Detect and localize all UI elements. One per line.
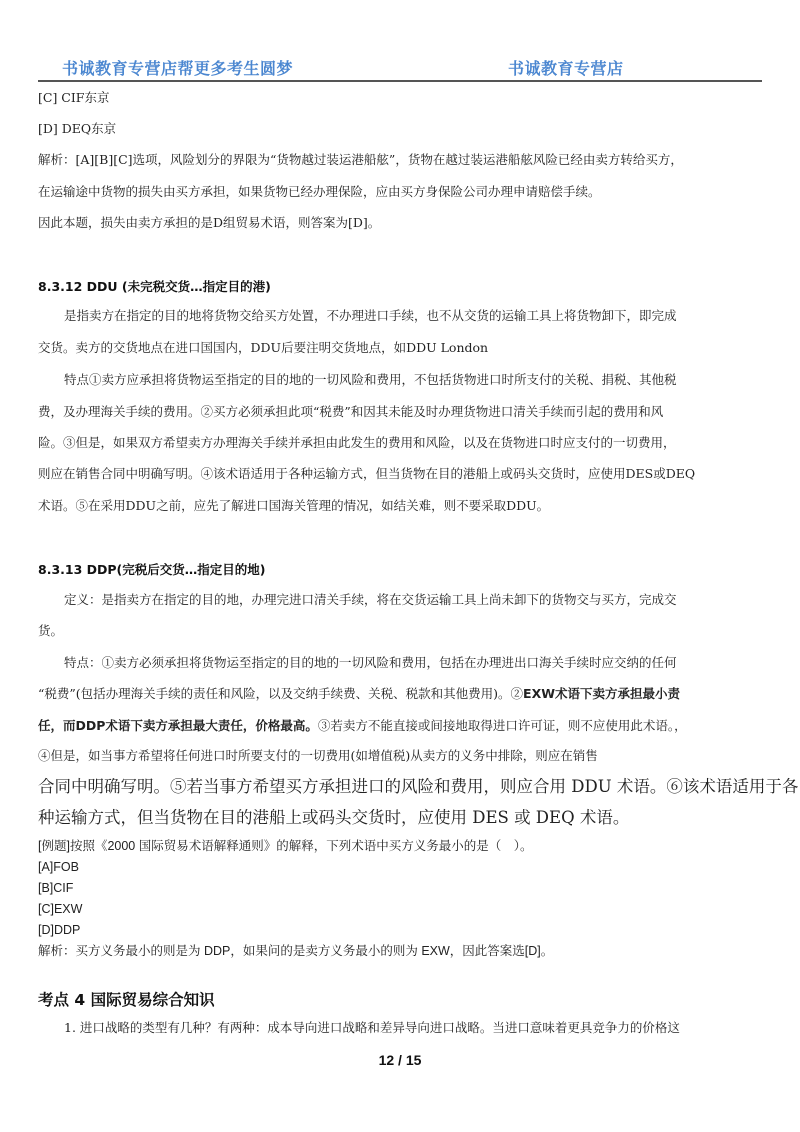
- paragraph-line: 交货。卖方的交货地点在进口国国内，DDU后要注明交货地点，如DDU London: [38, 340, 488, 356]
- paragraph-line: 险。③但是，如果双方希望卖方办理海关手续并承担由此发生的费用和风险，以及在货物进…: [38, 435, 676, 451]
- analysis-line: 在运输途中货物的损失由买方承担，如果货物已经办理保险，应由买方身保险公司办理申请…: [38, 184, 601, 200]
- page-header: 书诚教育专营店帮更多考生圆梦 书诚教育专营店: [38, 56, 762, 82]
- example-question: [例题]按照《2000 国际贸易术语解释通则》的解释，下列术语中买方义务最小的是…: [38, 838, 532, 854]
- option-c: [C] CIF东京: [38, 90, 109, 106]
- paragraph-line: 术语。⑤在采用DDU之前，应先了解进口国海关管理的情况，如结关难，则不要采取DD…: [38, 498, 549, 514]
- paragraph-text: ③若卖方不能直接或间接地取得进口许可证，则不应使用此术语。，: [318, 718, 687, 733]
- analysis-line: 解析：[A][B][C]选项，风险划分的界限为“货物越过装运港船舷”，货物在越过…: [38, 152, 683, 168]
- emphasis-text: 任，而DDP术语下卖方承担最大责任，价格最高。: [38, 718, 318, 733]
- paragraph-line: 合同中明确写明。⑤若当事方希望买方承担进口的风险和费用，则应合用 DDU 术语。…: [38, 777, 798, 797]
- example-option-c: [C]EXW: [38, 901, 82, 917]
- example-option-a: [A]FOB: [38, 859, 79, 875]
- paragraph-line: 货。: [38, 623, 63, 639]
- paragraph-line: 1. 进口战略的类型有几种？有两种：成本导向进口战略和差异导向进口战略。当进口意…: [64, 1020, 680, 1036]
- example-analysis: 解析：买方义务最小的则是为 DDP，如果问的是卖方义务最小的则为 EXW，因此答…: [38, 943, 553, 959]
- section-title-ddp: 8.3.13 DDP(完税后交货…指定目的地): [38, 560, 265, 578]
- page-number: 12 / 15: [0, 1052, 800, 1068]
- analysis-line: 因此本题，损失由卖方承担的是D组贸易术语，则答案为[D]。: [38, 215, 380, 231]
- paragraph-line: 特点：①卖方必须承担将货物运至指定的目的地的一切风险和费用，包括在办理进出口海关…: [64, 655, 677, 671]
- emphasis-text: EXW术语下卖方承担最小责: [523, 686, 680, 701]
- paragraph-line: 则应在销售合同中明确写明。④该术语适用于各种运输方式，但当货物在目的港船上或码头…: [38, 466, 695, 482]
- paragraph-line: 任，而DDP术语下卖方承担最大责任，价格最高。③若卖方不能直接或间接地取得进口许…: [38, 718, 687, 734]
- paragraph-line: 费，及办理海关手续的费用。②买方必须承担此项“税费”和因其未能及时办理货物进口清…: [38, 404, 663, 420]
- example-option-d: [D]DDP: [38, 922, 80, 938]
- paragraph-line: 种运输方式，但当货物在目的港船上或码头交货时，应使用 DES 或 DEQ 术语。: [38, 808, 629, 828]
- paragraph-line: “税费”(包括办理海关手续的责任和风险，以及交纳手续费、关税、税款和其他费用)。…: [38, 686, 680, 702]
- example-option-b: [B]CIF: [38, 880, 73, 896]
- paragraph-text: “税费”(包括办理海关手续的责任和风险，以及交纳手续费、关税、税款和其他费用)。…: [38, 686, 523, 701]
- header-slogan: 书诚教育专营店帮更多考生圆梦: [62, 56, 293, 79]
- paragraph-line: 特点①卖方应承担将货物运至指定的目的地的一切风险和费用，不包括货物进口时所支付的…: [64, 372, 677, 388]
- header-store-name: 书诚教育专营店: [508, 56, 624, 79]
- paragraph-line: ④但是，如当事方希望将任何进口时所要支付的一切费用(如增值税)从卖方的义务中排除…: [38, 748, 598, 764]
- paragraph-line: 定义：是指卖方在指定的目的地，办理完进口清关手续，将在交货运输工具上尚未卸下的货…: [64, 592, 677, 608]
- section-title-kaodian-4: 考点 4 国际贸易综合知识: [38, 988, 215, 1010]
- option-d: [D] DEQ东京: [38, 121, 116, 137]
- paragraph-line: 是指卖方在指定的目的地将货物交给买方处置，不办理进口手续，也不从交货的运输工具上…: [64, 308, 677, 324]
- section-title-ddu: 8.3.12 DDU (未完税交货…指定目的港): [38, 277, 271, 295]
